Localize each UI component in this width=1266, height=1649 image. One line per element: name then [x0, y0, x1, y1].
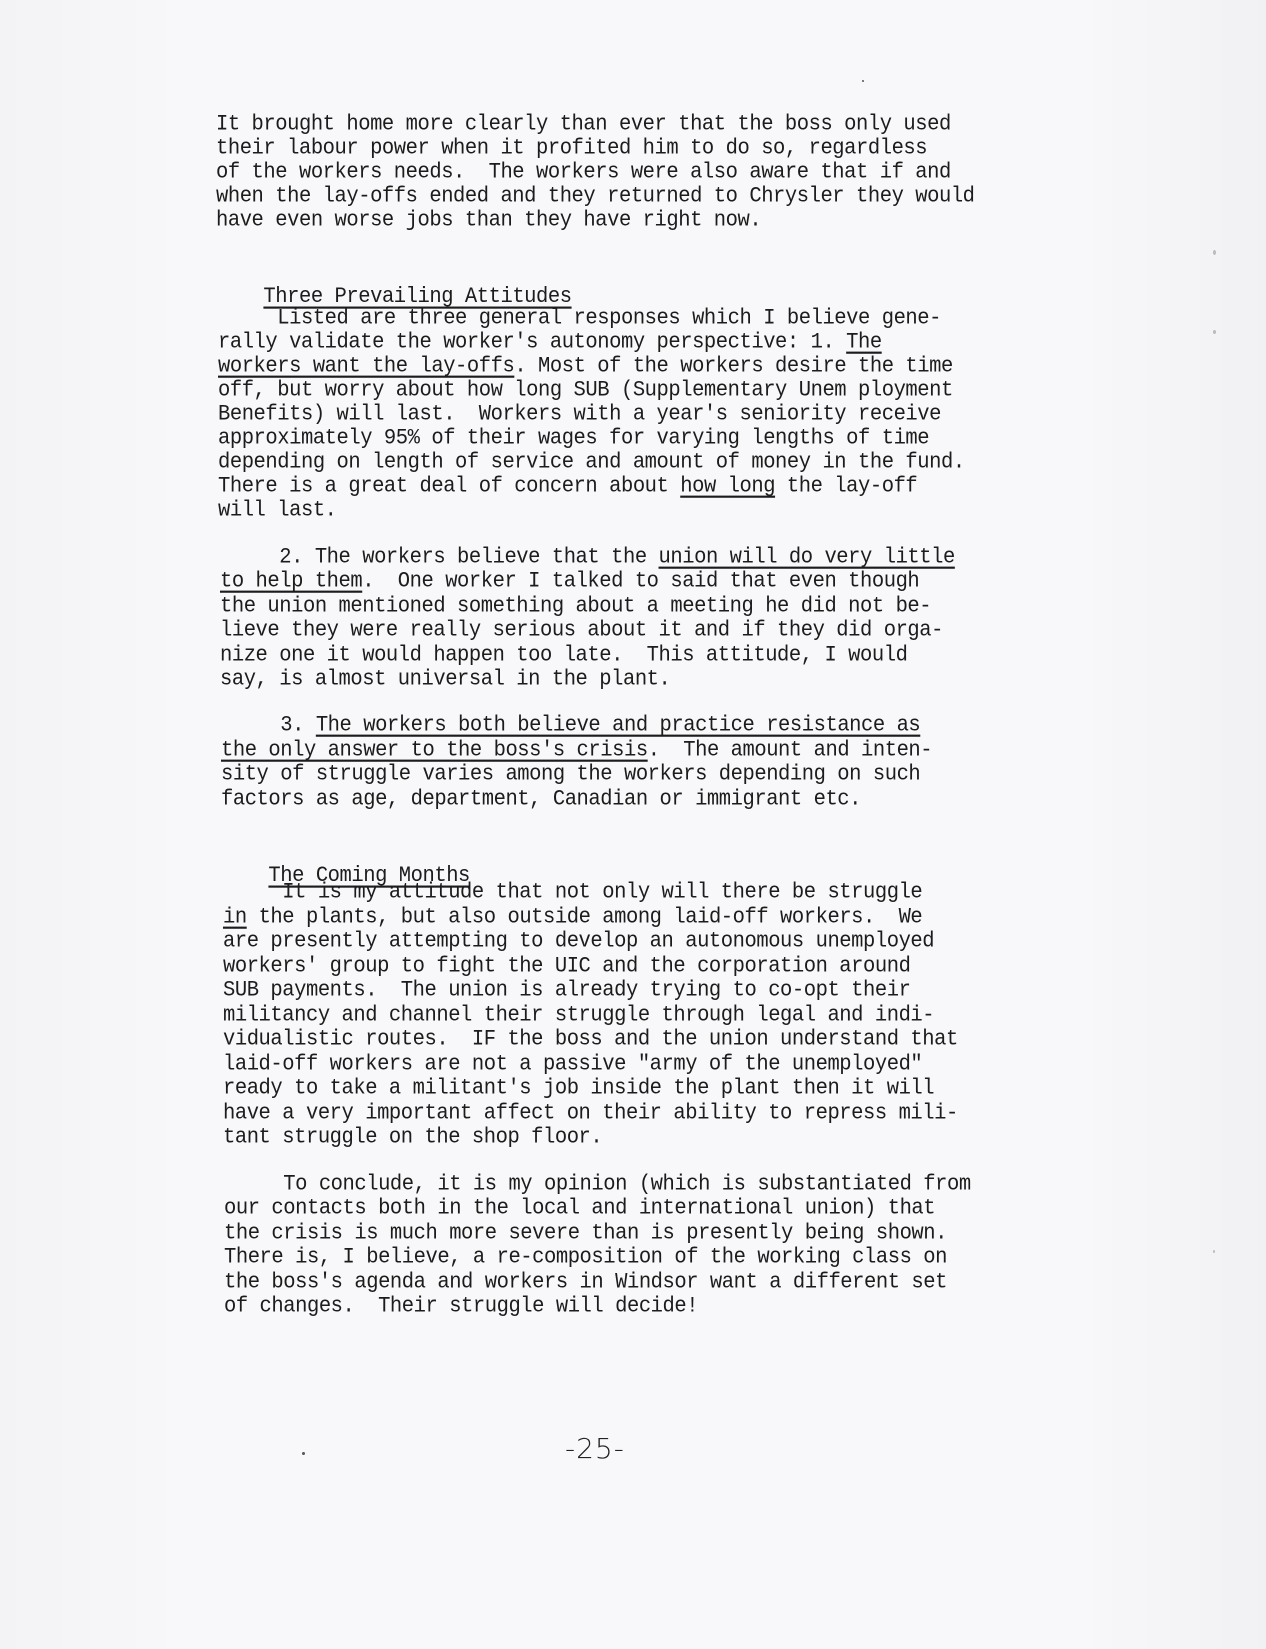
text-line: lieve they were really serious about it … [220, 618, 943, 644]
text-line: to help them. One worker I talked to sai… [220, 569, 919, 595]
text-line: SUB payments. The union is already tryin… [223, 978, 910, 1004]
text-line: There is, I believe, a re-composition of… [224, 1245, 947, 1271]
underlined-text: The [846, 330, 882, 355]
underlined-text: The workers both believe and practice re… [316, 713, 920, 738]
text-line: depending on length of service and amoun… [218, 450, 965, 476]
text: 3. [221, 713, 316, 738]
text-line: tant struggle on the shop floor. [223, 1125, 602, 1151]
text-line: ready to take a militant's job inside th… [223, 1076, 934, 1102]
scan-speck [1213, 1250, 1215, 1253]
text-line: have even worse jobs than they have righ… [216, 208, 761, 234]
text-line: 3. The workers both believe and practice… [221, 713, 920, 739]
text-line: when the lay-offs ended and they returne… [216, 184, 975, 210]
text-line: nize one it would happen too late. This … [220, 643, 907, 669]
document-page: It brought home more clearly than ever t… [0, 0, 1266, 1649]
text-line: To conclude, it is my opinion (which is … [224, 1172, 971, 1198]
text-line: 2. The workers believe that the union wi… [220, 545, 955, 571]
text-line: militancy and channel their struggle thr… [223, 1003, 934, 1029]
text-line: rally validate the worker's autonomy per… [218, 330, 882, 356]
text-line: It is my attitude that not only will the… [223, 880, 922, 906]
text: the lay-off [775, 474, 917, 499]
text: 2. The workers believe that the [220, 545, 659, 570]
text-line: their labour power when it profited him … [216, 136, 927, 162]
text-line: the union mentioned something about a me… [220, 594, 931, 620]
text: the plants, but also outside among laid-… [247, 905, 923, 930]
underlined-text: how long [680, 474, 775, 499]
underlined-text: the only answer to the boss's crisis [221, 738, 648, 763]
text-line: workers want the lay-offs. Most of the w… [218, 354, 953, 380]
text-line: off, but worry about how long SUB (Suppl… [218, 378, 953, 404]
text-line: our contacts both in the local and inter… [224, 1196, 935, 1222]
text: There is a great deal of concern about [218, 474, 680, 499]
text-line: the only answer to the boss's crisis. Th… [221, 738, 932, 764]
text-line: approximately 95% of their wages for var… [218, 426, 929, 452]
scan-speck [302, 1452, 305, 1455]
text-line: factors as age, department, Canadian or … [221, 787, 861, 813]
text-line: in the plants, but also outside among la… [223, 905, 922, 931]
text-line: Benefits) will last. Workers with a year… [218, 402, 941, 428]
text-line: sity of struggle varies among the worker… [221, 762, 920, 788]
text-line: workers' group to fight the UIC and the … [223, 954, 910, 980]
scan-speck [1213, 330, 1216, 334]
scan-speck [1213, 250, 1216, 255]
text-line: are presently attempting to develop an a… [223, 929, 934, 955]
text-line: the boss's agenda and workers in Windsor… [224, 1270, 947, 1296]
text-line: There is a great deal of concern about h… [218, 474, 917, 500]
text-line: will last. [218, 498, 337, 524]
text-line: vidualistic routes. IF the boss and the … [223, 1027, 958, 1053]
text: . The amount and inten- [648, 738, 932, 763]
text: . One worker I talked to said that even … [362, 569, 919, 594]
underlined-text: in [223, 905, 247, 930]
underlined-text: union will do very little [659, 545, 955, 570]
text-line: the crisis is much more severe than is p… [224, 1221, 947, 1247]
scan-speck [862, 80, 864, 82]
page-number: -25- [565, 1432, 625, 1465]
text-line: It brought home more clearly than ever t… [216, 112, 951, 138]
text-line: laid-off workers are not a passive "army… [223, 1052, 922, 1078]
text-line: have a very important affect on their ab… [223, 1101, 958, 1127]
text-line: Listed are three general responses which… [218, 306, 941, 332]
underlined-text: to help them [220, 569, 362, 594]
text-line: of the workers needs. The workers were a… [216, 160, 951, 186]
text: . Most of the workers desire the time [514, 354, 953, 379]
text: rally validate the worker's autonomy per… [218, 330, 846, 355]
underlined-text: workers want the lay-offs [218, 354, 514, 379]
text-line: say, is almost universal in the plant. [220, 667, 670, 693]
text-line: of changes. Their struggle will decide! [224, 1294, 698, 1320]
